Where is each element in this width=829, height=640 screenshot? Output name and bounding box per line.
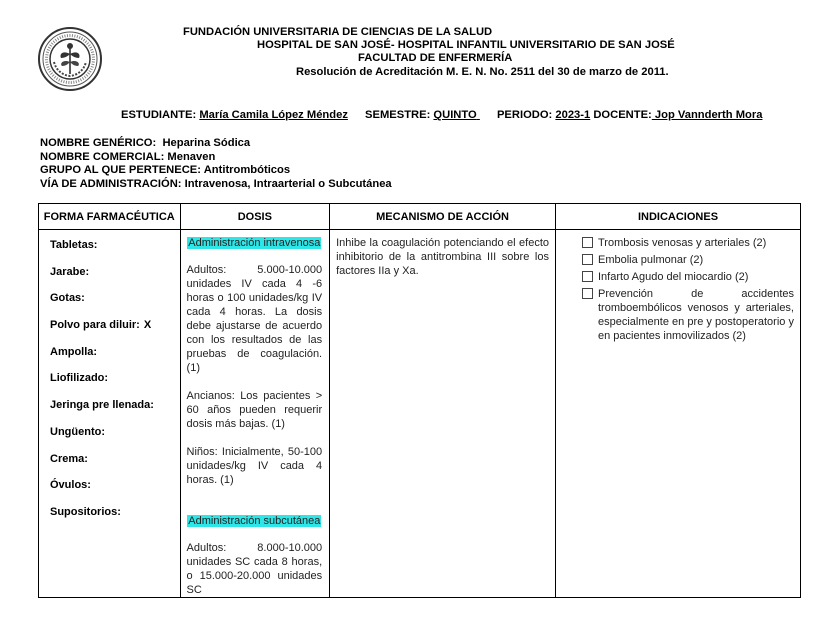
drug-info: NOMBRE GENÉRICO: Heparina Sódica NOMBRE … xyxy=(40,137,392,191)
indication-item: Infarto Agudo del miocardio (2) xyxy=(582,270,794,284)
indication-item: Embolia pulmonar (2) xyxy=(582,253,794,267)
form-item: Crema: xyxy=(50,452,180,479)
form-item: Ungüento: xyxy=(50,425,180,452)
form-item: Liofilizado: xyxy=(50,371,180,398)
form-label: Supositorios: xyxy=(50,506,121,518)
checkbox-icon[interactable] xyxy=(582,254,593,265)
generic-name-row: NOMBRE GENÉRICO: Heparina Sódica xyxy=(40,137,392,151)
form-label: Óvulos: xyxy=(50,479,91,491)
dosis-cell: Administración intravenosa Adultos: 5.00… xyxy=(180,230,330,598)
indication-text: Trombosis venosas y arteriales (2) xyxy=(598,237,766,249)
header-hospital: HOSPITAL DE SAN JOSÉ- HOSPITAL INFANTIL … xyxy=(257,39,675,52)
forms-cell: Tabletas:Jarabe:Gotas:Polvo para diluir:… xyxy=(39,230,181,598)
mechanism-text: Inhibe la coagulación potenciando el efe… xyxy=(330,230,555,278)
form-item: Jeringa pre llenada: xyxy=(50,398,180,425)
form-label: Tabletas: xyxy=(50,239,97,251)
drug-card-table: FORMA FARMACÉUTICA DOSIS MECANISMO DE AC… xyxy=(38,203,801,598)
group-value: Antitrombóticos xyxy=(204,164,290,176)
form-item: Óvulos: xyxy=(50,478,180,505)
period-value: 2023-1 xyxy=(555,109,590,121)
indication-text: Embolia pulmonar (2) xyxy=(598,254,703,266)
generic-name: Heparina Sódica xyxy=(162,137,250,149)
semester-label: SEMESTRE: xyxy=(365,109,430,121)
form-item: Tabletas: xyxy=(50,238,180,265)
route-value: Intravenosa, Intraarterial o Subcutánea xyxy=(185,178,392,190)
checkbox-icon[interactable] xyxy=(582,237,593,248)
group-row: GRUPO AL QUE PERTENECE: Antitrombóticos xyxy=(40,164,392,178)
form-label: Jeringa pre llenada: xyxy=(50,399,154,411)
checkbox-icon[interactable] xyxy=(582,271,593,282)
form-item: Supositorios: xyxy=(50,505,180,532)
iv-adults-dose: Adultos: 5.000-10.000 unidades IV cada 4… xyxy=(187,263,323,375)
student-name: María Camila López Méndez xyxy=(199,109,348,121)
form-item: Ampolla: xyxy=(50,345,180,372)
form-label: Gotas: xyxy=(50,292,85,304)
teacher-label: DOCENTE: xyxy=(593,109,651,121)
header-resolution: Resolución de Acreditación M. E. N. No. … xyxy=(296,66,669,79)
header-indicaciones: INDICACIONES xyxy=(556,204,801,230)
indication-text: Prevención de accidentes tromboembólicos… xyxy=(598,288,794,342)
checkbox-icon[interactable] xyxy=(582,288,593,299)
form-label: Crema: xyxy=(50,453,88,465)
iv-elderly-dose: Ancianos: Los pacientes > 60 años pueden… xyxy=(187,389,323,431)
university-seal-icon xyxy=(37,26,103,92)
form-label: Jarabe: xyxy=(50,266,89,278)
header-mecanismo: MECANISMO DE ACCIÓN xyxy=(330,204,556,230)
commercial-name-row: NOMBRE COMERCIAL: Menaven xyxy=(40,151,392,165)
header-forma-farmaceutica: FORMA FARMACÉUTICA xyxy=(39,204,181,230)
mechanism-cell: Inhibe la coagulación potenciando el efe… xyxy=(330,230,556,598)
iv-title: Administración intravenosa xyxy=(187,236,323,250)
form-item: Gotas: xyxy=(50,291,180,318)
sc-adults-dose: Adultos: 8.000-10.000 unidades SC cada 8… xyxy=(187,541,323,597)
form-label: Ampolla: xyxy=(50,346,97,358)
period-label: PERIODO: xyxy=(497,109,552,121)
header-faculty: FACULTAD DE ENFERMERÍA xyxy=(358,52,512,65)
form-item: Jarabe: xyxy=(50,265,180,292)
indications-cell: Trombosis venosas y arteriales (2)Emboli… xyxy=(556,230,801,598)
student-info-line: ESTUDIANTE: María Camila López Méndez SE… xyxy=(121,109,762,121)
commercial-name: Menaven xyxy=(167,151,215,163)
teacher-name: Jop Vannderth Mora xyxy=(652,109,763,121)
indication-item: Trombosis venosas y arteriales (2) xyxy=(582,236,794,250)
semester-value: QUINTO xyxy=(433,109,476,121)
header-dosis: DOSIS xyxy=(180,204,330,230)
sc-title: Administración subcutánea xyxy=(187,514,323,528)
student-label: ESTUDIANTE: xyxy=(121,109,196,121)
form-value: X xyxy=(144,319,151,331)
form-label: Polvo para diluir: xyxy=(50,319,140,331)
route-row: VÍA DE ADMINISTRACIÓN: Intravenosa, Intr… xyxy=(40,178,392,192)
indication-text: Infarto Agudo del miocardio (2) xyxy=(598,271,748,283)
indication-item: Prevención de accidentes tromboembólicos… xyxy=(582,287,794,343)
form-label: Ungüento: xyxy=(50,426,105,438)
form-item: Polvo para diluir:X xyxy=(50,318,180,345)
iv-children-dose: Niños: Inicialmente, 50-100 unidades/kg … xyxy=(187,445,323,487)
form-label: Liofilizado: xyxy=(50,372,108,384)
header-institution: FUNDACIÓN UNIVERSITARIA DE CIENCIAS DE L… xyxy=(183,26,492,39)
